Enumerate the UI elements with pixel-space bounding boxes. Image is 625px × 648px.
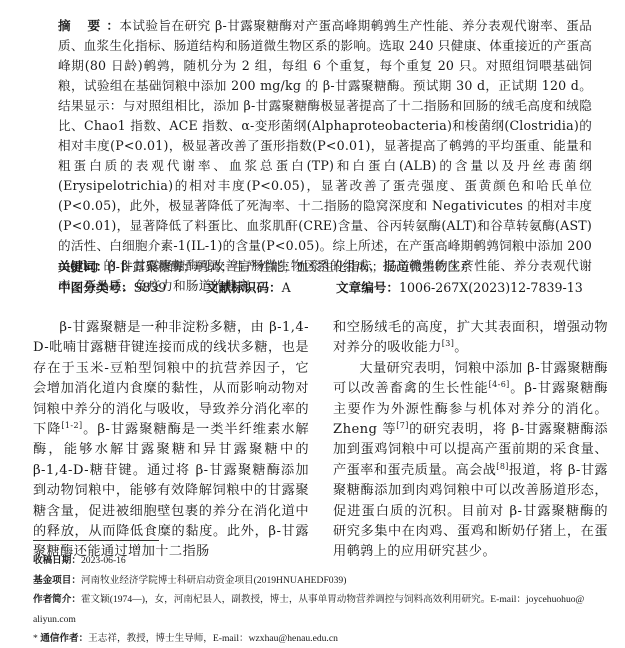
paragraph-text: 。 — [454, 340, 468, 355]
article-no-field: 文章编号：1006-267X(2023)12-7839-13 — [336, 278, 583, 298]
abstract-label: 摘 要 — [58, 18, 106, 33]
paragraph: 大量研究表明，饲粮中添加 β-甘露聚糖酶可以改善畜禽的生长性能[4-6]。β-甘… — [333, 359, 608, 563]
author-bio-cont: aliyun.com — [33, 610, 613, 630]
citation[interactable]: [4-6] — [489, 380, 510, 389]
abstract-colon: ： — [106, 18, 119, 33]
article-no-label: 文章编号： — [336, 280, 399, 295]
body-right-column: 和空肠绒毛的高度，扩大其表面积，增强动物对养分的吸收能力[3]。 大量研究表明，… — [333, 318, 608, 563]
asterisk-icon: * — [33, 633, 38, 644]
fund-label: 基金项目： — [33, 575, 81, 586]
keywords-label: 关键词： — [58, 259, 108, 274]
citation[interactable]: [1-2] — [61, 421, 82, 430]
abstract: 摘 要：本试验旨在研究 β-甘露聚糖酶对产蛋高峰期鹌鹑生产性能、养分表观代谢率、… — [58, 16, 592, 296]
paragraph-text: β-甘露聚糖是一种非淀粉多糖，由 β-1,4-D-吡喃甘露糖苷键连接而成的线状多… — [33, 320, 309, 437]
corresponding-author: * 通信作者：王志祥，教授，博士生导师，E-mail：wzxhau@henau.… — [33, 629, 613, 648]
doc-code-value: A — [282, 280, 291, 295]
author-value: 霍文颖(1974—)，女，河南杞县人，副教授，博士，从事单胃动物营养调控与饲料高… — [81, 594, 584, 605]
author-label: 作者简介： — [33, 594, 81, 605]
received-date: 收稿日期：2023-06-16 — [33, 551, 613, 571]
received-label: 收稿日期： — [33, 555, 81, 566]
citation[interactable]: [7] — [396, 421, 409, 430]
corresponding-value: 王志祥，教授，博士生导师，E-mail：wzxhau@henau.edu.cn — [88, 633, 338, 644]
citation[interactable]: [3] — [442, 339, 455, 348]
received-value: 2023-06-16 — [81, 555, 126, 566]
corresponding-label: 通信作者： — [40, 633, 88, 644]
paragraph: 和空肠绒毛的高度，扩大其表面积，增强动物对养分的吸收能力[3]。 — [333, 318, 608, 359]
clc-value: S839 — [134, 280, 167, 295]
body-left-column: β-甘露聚糖是一种非淀粉多糖，由 β-1,4-D-吡喃甘露糖苷键连接而成的线状多… — [33, 318, 309, 563]
doc-code-field: 文献标识码：A — [206, 278, 336, 298]
citation[interactable]: [8] — [496, 462, 509, 471]
author-bio: 作者简介：霍文颖(1974—)，女，河南杞县人，副教授，博士，从事单胃动物营养调… — [33, 590, 613, 610]
paragraph-text: 。β-甘露聚糖酶是一类半纤维素水解酶，能够水解甘露聚糖和异甘露聚糖中的 β-1,… — [33, 422, 309, 559]
footnotes: 收稿日期：2023-06-16 基金项目：河南牧业经济学院博士科研启动资金项目(… — [33, 551, 613, 648]
clc-label: 中图分类号： — [58, 280, 134, 295]
doc-code-label: 文献标识码： — [206, 280, 282, 295]
article-no-value: 1006-267X(2023)12-7839-13 — [399, 280, 583, 295]
footnote-divider — [33, 540, 159, 541]
classification-line: 中图分类号：S839文献标识码：A文章编号：1006-267X(2023)12-… — [58, 278, 598, 298]
fund-value: 河南牧业经济学院博士科研启动资金项目(2019HNUAHEDF039) — [81, 575, 346, 586]
fund-project: 基金项目：河南牧业经济学院博士科研启动资金项目(2019HNUAHEDF039) — [33, 571, 613, 591]
paragraph-text: 和空肠绒毛的高度，扩大其表面积，增强动物对养分的吸收能力 — [333, 320, 608, 355]
paragraph: β-甘露聚糖是一种非淀粉多糖，由 β-1,4-D-吡喃甘露糖苷键连接而成的线状多… — [33, 318, 309, 563]
author-email-cont: aliyun.com — [33, 614, 76, 625]
keywords-text: β-甘露聚糖酶；鹌鹑；生产性能；血浆生化指标；肠道微生物区系 — [108, 259, 472, 274]
abstract-text: 本试验旨在研究 β-甘露聚糖酶对产蛋高峰期鹌鹑生产性能、养分表观代谢率、蛋品质、… — [58, 18, 592, 293]
clc-field: 中图分类号：S839 — [58, 278, 206, 298]
keywords: 关键词：β-甘露聚糖酶；鹌鹑；生产性能；血浆生化指标；肠道微生物区系 — [58, 257, 598, 277]
